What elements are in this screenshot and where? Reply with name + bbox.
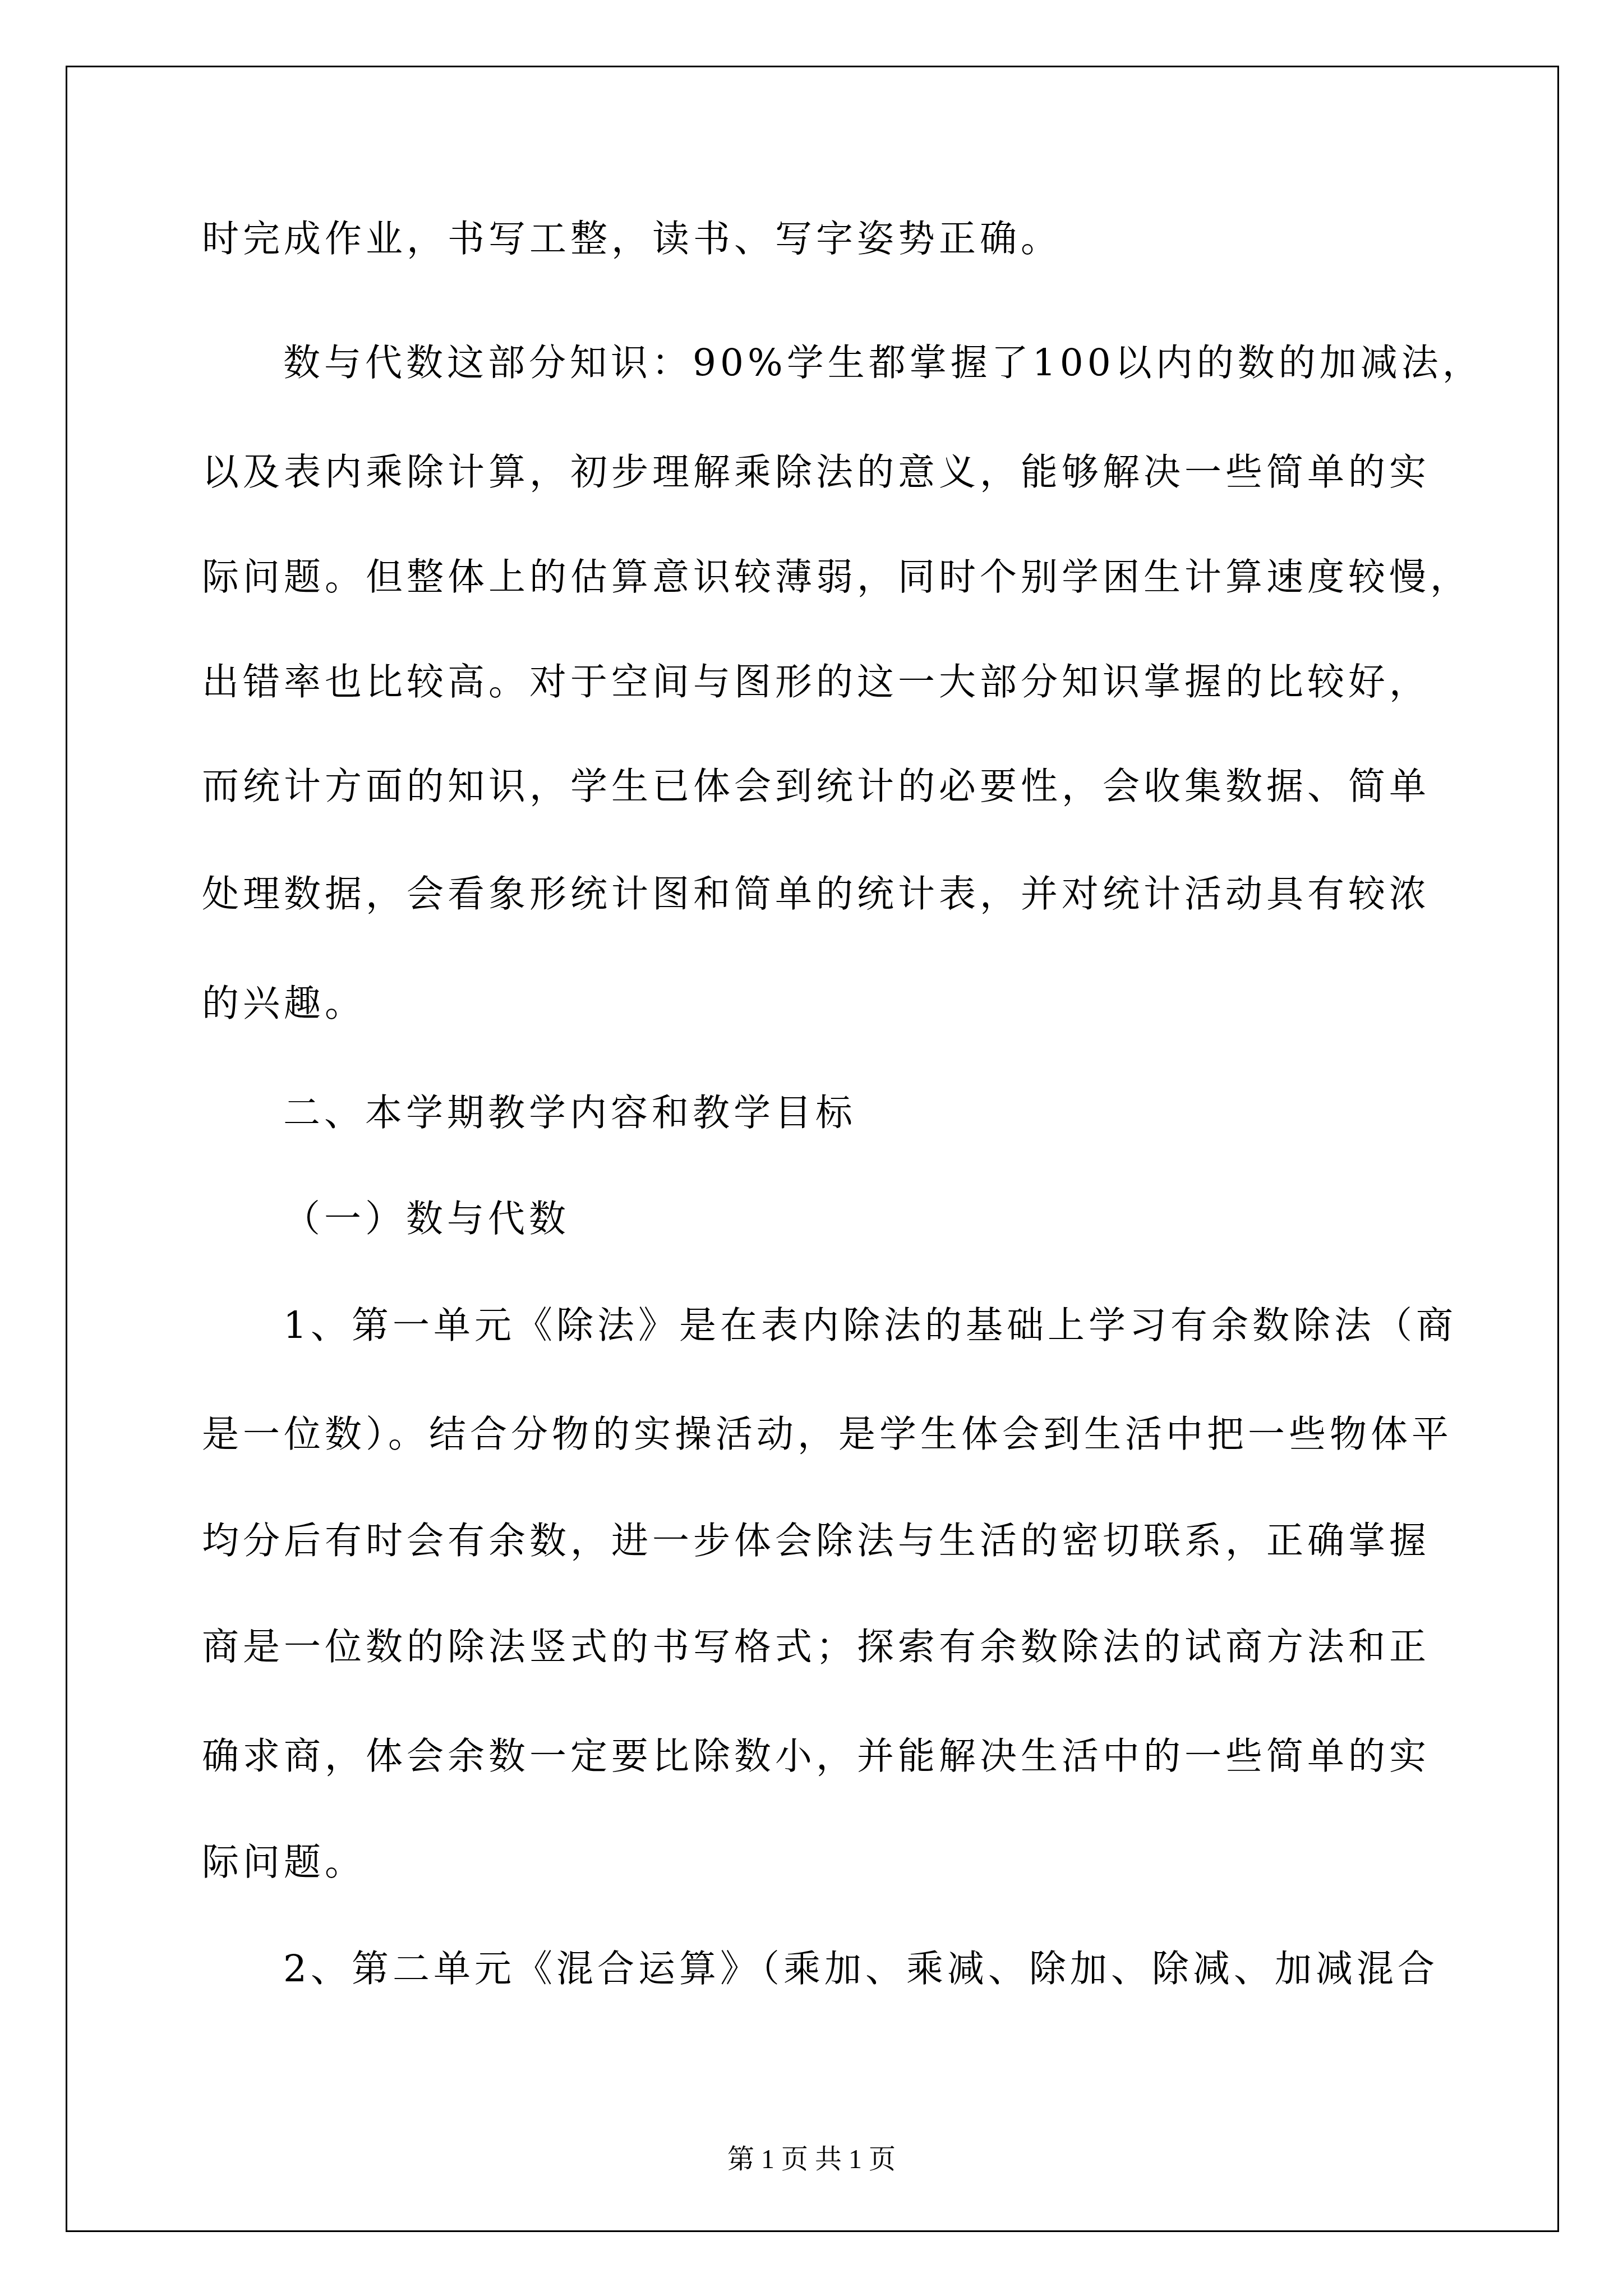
document-text-line: 的兴趣。 (202, 981, 366, 1026)
document-text-line: 出错率也比较高。对于空间与图形的这一大部分知识掌握的比较好， (202, 660, 1429, 705)
document-text-line: 二、本学期教学内容和教学目标 (283, 1091, 856, 1135)
document-text-line: （一）数与代数 (283, 1197, 570, 1241)
document-text-line: 均分后有时会有余数，进一步体会除法与生活的密切联系，正确掌握 (202, 1519, 1429, 1563)
document-text-line: 际问题。 (202, 1840, 366, 1885)
document-text-line: 以及表内乘除计算，初步理解乘除法的意义，能够解决一些简单的实 (202, 450, 1429, 495)
document-text-line: 是一位数）。结合分物的实操活动，是学生体会到生活中把一些物体平 (202, 1412, 1429, 1457)
document-text-line: 2、第二单元《混合运算》（乘加、乘减、除加、除减、加减混合 (283, 1947, 1429, 1991)
document-text-line: 商是一位数的除法竖式的书写格式；探索有余数除法的试商方法和正 (202, 1625, 1429, 1669)
document-text-line: 处理数据，会看象形统计图和简单的统计表，并对统计活动具有较浓 (202, 872, 1429, 917)
document-text-line: 1、第一单元《除法》是在表内除法的基础上学习有余数除法（商 (283, 1303, 1429, 1348)
document-text-line: 际问题。但整体上的估算意识较薄弱，同时个别学困生计算速度较慢， (202, 555, 1429, 600)
document-text-line: 确求商，体会余数一定要比除数小，并能解决生活中的一些简单的实 (202, 1734, 1429, 1779)
document-text-line: 时完成作业，书写工整，读书、写字姿势正确。 (202, 217, 1062, 261)
page-border (66, 66, 1559, 2232)
document-text-line: 而统计方面的知识，学生已体会到统计的必要性，会收集数据、简单 (202, 764, 1429, 809)
page-number-footer: 第 1 页 共 1 页 (0, 2144, 1623, 2175)
document-text-line: 数与代数这部分知识：90%学生都掌握了100以内的数的加减法， (283, 341, 1429, 385)
